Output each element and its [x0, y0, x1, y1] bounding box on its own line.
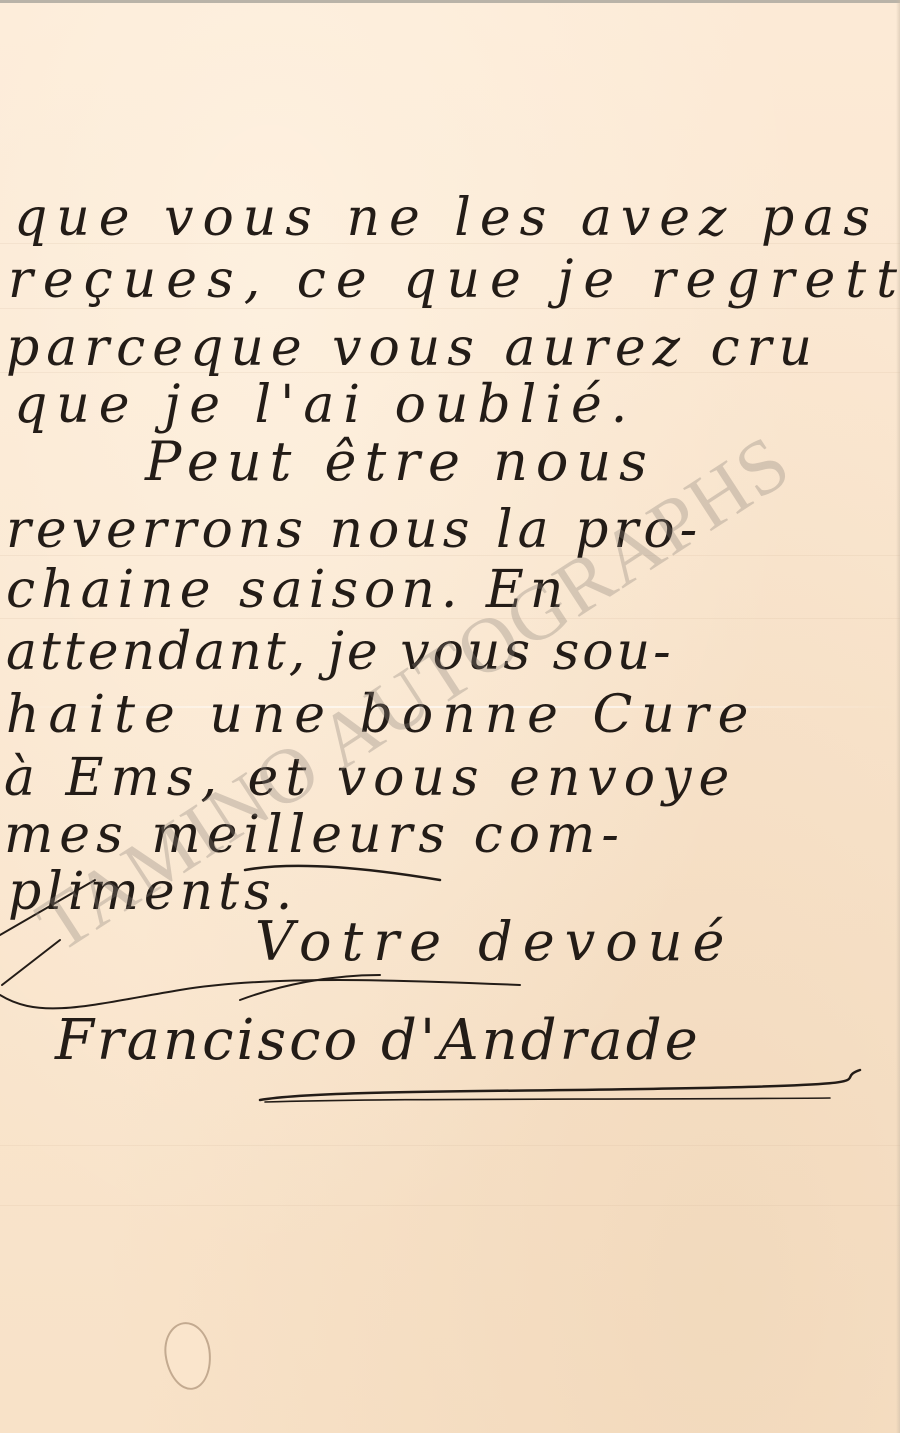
letter-page: que vous ne les avez pas reçues, ce que …: [0, 0, 900, 1433]
pen-flourishes: [0, 0, 900, 1433]
